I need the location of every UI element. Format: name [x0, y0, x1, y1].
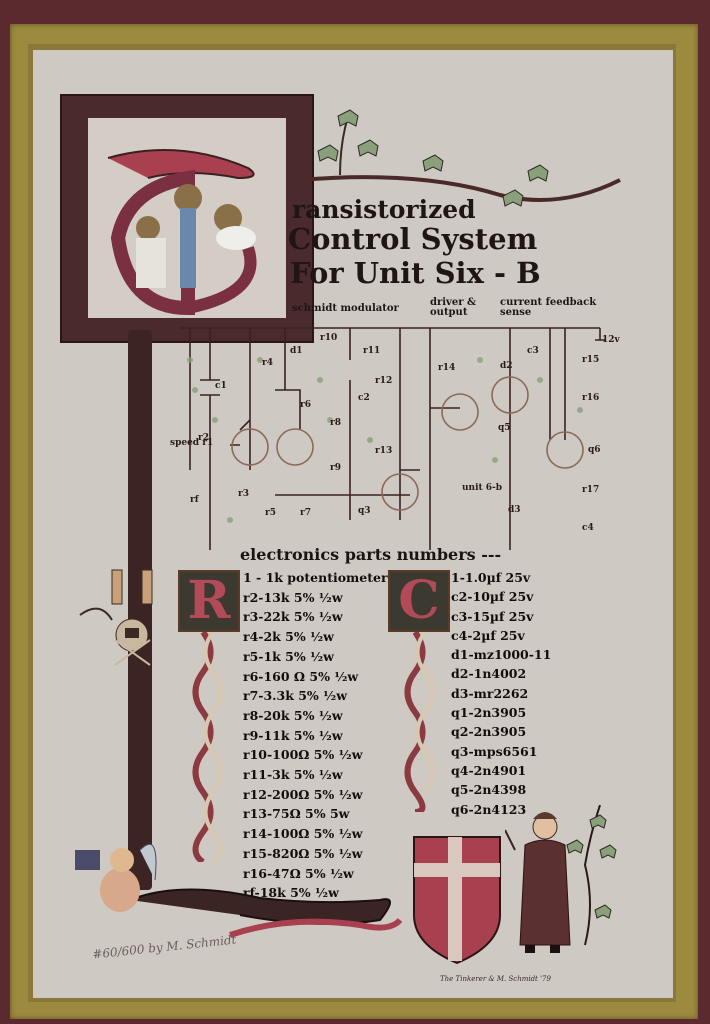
- list-item: r6-160 Ω 5% ½w: [243, 667, 388, 687]
- list-item: d1-mz1000-11: [451, 645, 551, 664]
- svg-text:r3: r3: [238, 489, 249, 499]
- svg-text:r7: r7: [300, 508, 311, 518]
- svg-text:r15: r15: [582, 355, 599, 365]
- label-driver-output: driver & output: [430, 298, 485, 318]
- svg-text:c1: c1: [215, 381, 227, 391]
- svg-text:r4: r4: [262, 358, 273, 368]
- list-item: r3-22k 5% ½w: [243, 607, 388, 627]
- svg-text:r9: r9: [330, 463, 341, 473]
- parts-heading: electronics parts numbers ---: [240, 545, 501, 564]
- vine-decoration-icon: [300, 100, 630, 220]
- list-item: r4-2k 5% ½w: [243, 627, 388, 647]
- potentiometer-emblem-icon: [60, 560, 180, 700]
- svg-text:r16: r16: [582, 393, 599, 403]
- list-item: q4-2n4901: [451, 761, 551, 780]
- svg-text:q6: q6: [588, 445, 601, 455]
- list-item: q2-2n3905: [451, 722, 551, 741]
- initial-t-illustration-icon: [88, 118, 286, 318]
- heraldic-shield-icon: [412, 835, 502, 965]
- list-item: r9-11k 5% ½w: [243, 726, 388, 746]
- svg-text:r2: r2: [198, 433, 209, 443]
- component-list: 1-1.0µf 25v c2-10µf 25v c3-15µf 25v c4-2…: [451, 568, 551, 819]
- list-item: c4-2µf 25v: [451, 626, 551, 645]
- label-schmidt-modulator: schmidt modulator: [292, 304, 399, 314]
- list-item: c2-10µf 25v: [451, 587, 551, 606]
- list-item: c3-15µf 25v: [451, 607, 551, 626]
- svg-text:rf: rf: [190, 495, 200, 505]
- list-item: r5-1k 5% ½w: [243, 647, 388, 667]
- list-item: r2-13k 5% ½w: [243, 588, 388, 608]
- svg-text:c2: c2: [358, 393, 370, 403]
- svg-text:r5: r5: [265, 508, 276, 518]
- list-item: q1-2n3905: [451, 703, 551, 722]
- svg-text:12v: 12v: [602, 335, 621, 345]
- list-item: d3-mr2262: [451, 684, 551, 703]
- monk-figure-icon: [505, 805, 625, 970]
- cherub-banner-icon: [60, 820, 420, 950]
- svg-text:c3: c3: [527, 346, 539, 356]
- svg-text:d1: d1: [290, 346, 303, 356]
- svg-text:unit 6-b: unit 6-b: [462, 483, 502, 493]
- artist-note: The Tinkerer & M. Schmidt '79: [440, 975, 551, 983]
- svg-text:c4: c4: [582, 523, 594, 533]
- svg-text:r12: r12: [375, 376, 392, 386]
- svg-text:r10: r10: [320, 333, 337, 343]
- list-item: 1 - 1k potentiometer: [243, 568, 388, 588]
- label-current-feedback: current feedback sense: [500, 298, 600, 318]
- list-item: 1-1.0µf 25v: [451, 568, 551, 587]
- list-item: r8-20k 5% ½w: [243, 706, 388, 726]
- svg-text:r8: r8: [330, 418, 341, 428]
- svg-text:d2: d2: [500, 361, 513, 371]
- illuminated-r-box: R: [178, 570, 240, 632]
- list-item: d2-1n4002: [451, 664, 551, 683]
- list-item: r12-200Ω 5% ½w: [243, 785, 388, 805]
- svg-text:r17: r17: [582, 485, 599, 495]
- list-item: q5-2n4398: [451, 780, 551, 799]
- illuminated-initial-box: [60, 94, 314, 343]
- title-line-2: Control System: [288, 222, 537, 256]
- svg-text:q5: q5: [498, 423, 511, 433]
- list-item: r10-100Ω 5% ½w: [243, 745, 388, 765]
- svg-text:r13: r13: [375, 446, 392, 456]
- svg-text:d3: d3: [508, 505, 521, 515]
- initial-r: R: [180, 572, 238, 630]
- twisted-column-right-icon: [390, 632, 450, 812]
- svg-text:r6: r6: [300, 400, 311, 410]
- list-item: r7-3.3k 5% ½w: [243, 686, 388, 706]
- initial-panel: [88, 118, 286, 318]
- initial-c: C: [390, 572, 448, 630]
- svg-text:r11: r11: [363, 346, 380, 356]
- list-item: r11-3k 5% ½w: [243, 765, 388, 785]
- illuminated-c-box: C: [388, 570, 450, 632]
- list-item: q3-mps6561: [451, 742, 551, 761]
- svg-text:q3: q3: [358, 506, 371, 516]
- title-line-3: For Unit Six - B: [290, 256, 541, 290]
- svg-text:r14: r14: [438, 363, 455, 373]
- circuit-schematic: speed r1 r2 c1 rf r3 r4 r5 r6 r7 r8 r9 r…: [170, 320, 630, 550]
